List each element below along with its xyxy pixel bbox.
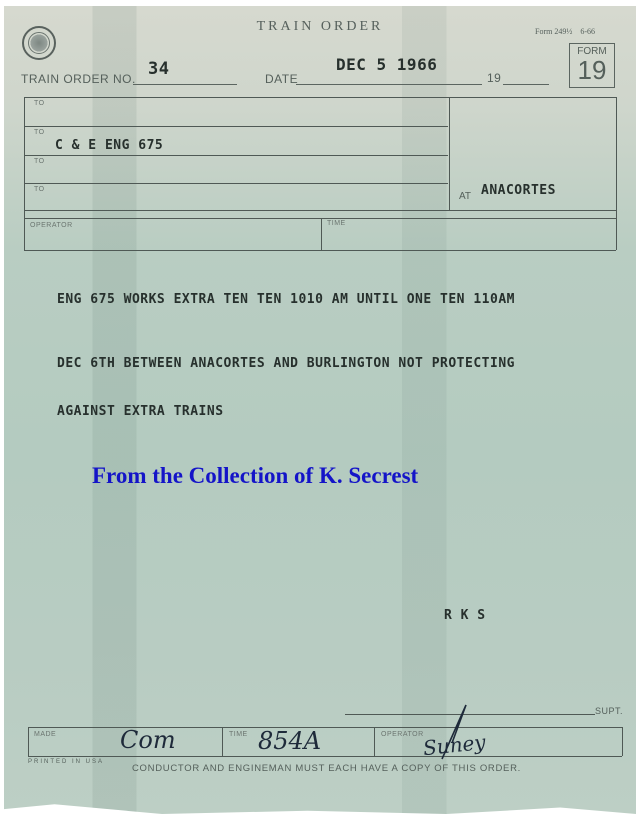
to-row-divider — [24, 126, 448, 127]
box-top-border — [24, 97, 616, 98]
date-value: DEC 5 1966 — [336, 55, 437, 74]
collection-watermark: From the Collection of K. Secrest — [92, 463, 418, 489]
at-station-value[interactable]: ANACORTES — [481, 183, 556, 198]
form-number: Form 249½ — [535, 27, 572, 36]
printed-in-usa: PRINTED IN USA — [28, 759, 104, 765]
to-field-3[interactable] — [30, 158, 448, 182]
form-code: Form 249½6-66 — [535, 27, 595, 36]
to-label-2: TO — [34, 129, 45, 136]
at-label: AT — [459, 191, 471, 202]
order-no-value: 34 — [148, 59, 169, 79]
to-field-1[interactable] — [30, 101, 448, 125]
operator-label: OPERATOR — [30, 222, 73, 229]
footer-box-right — [622, 727, 623, 756]
footer-box-left — [28, 727, 29, 756]
form-revision: 6-66 — [580, 27, 595, 36]
to-row-divider — [24, 183, 448, 184]
to-row-divider — [24, 155, 448, 156]
form-box-number: 19 — [570, 57, 614, 83]
made-time-divider — [222, 727, 223, 756]
time-operator-divider — [374, 727, 375, 756]
made-label: MADE — [34, 731, 56, 738]
year-prefix: 19 — [487, 71, 501, 85]
footer-time-value[interactable]: 854A — [258, 727, 321, 755]
box-right-border — [616, 97, 617, 250]
copy-notice: CONDUCTOR AND ENGINEMAN MUST EACH HAVE A… — [132, 763, 521, 774]
signature-flourish-icon — [440, 703, 470, 763]
footer-box-bottom — [28, 756, 622, 757]
footer-box-top — [28, 727, 622, 728]
to-field-2[interactable]: C & E ENG 675 — [55, 138, 163, 153]
date-label: DATE — [265, 72, 298, 86]
order-line-2: DEC 6TH BETWEEN ANACORTES AND BURLINGTON… — [57, 356, 515, 371]
at-column-divider — [449, 97, 450, 210]
to-field-4[interactable] — [30, 186, 448, 209]
operator-field[interactable] — [30, 230, 318, 248]
supt-signature-line — [345, 714, 595, 715]
operator-row-top — [24, 218, 616, 219]
order-no-label: TRAIN ORDER NO. — [21, 72, 136, 86]
supt-label: SUPT. — [595, 706, 623, 716]
box-bottom-border — [24, 210, 616, 211]
order-line-3: AGAINST EXTRA TRAINS — [57, 404, 224, 419]
operator-time-divider — [321, 218, 322, 250]
form-type-box: FORM 19 — [569, 43, 615, 88]
box-left-border — [24, 97, 25, 250]
dispatcher-initials: R K S — [444, 608, 486, 623]
footer-operator-label: OPERATOR — [381, 731, 424, 738]
year-field[interactable] — [503, 70, 549, 85]
time-field[interactable] — [327, 230, 613, 248]
time-label: TIME — [327, 220, 346, 227]
operator-row-bottom — [24, 250, 616, 251]
footer-time-label: TIME — [229, 731, 248, 738]
order-line-1: ENG 675 WORKS EXTRA TEN TEN 1010 AM UNTI… — [57, 292, 515, 307]
made-value[interactable]: Com — [120, 726, 176, 754]
